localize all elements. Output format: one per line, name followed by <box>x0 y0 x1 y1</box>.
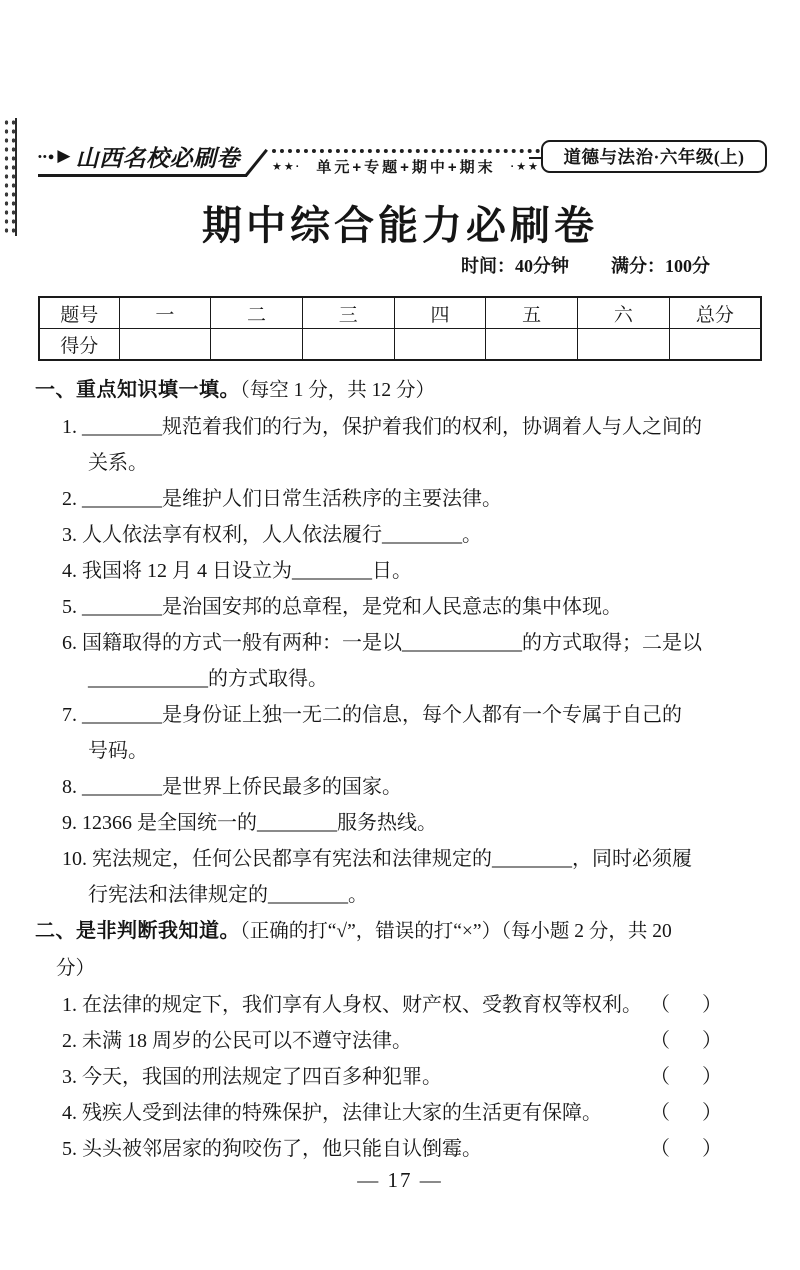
score-table: 题号 一 二 三 四 五 六 总分 得分 <box>38 296 762 361</box>
question-6: 6. 国籍取得的方式一般有两种：一是以____________的方式取得；二是以… <box>35 625 770 697</box>
question-5: 5. ________是治国安邦的总章程，是党和人民意志的集中体现。 <box>62 589 770 625</box>
logo-text: 山西名校必刷卷 <box>75 140 240 173</box>
question-10-line-2: 行宪法和法律规定的________。 <box>88 877 770 913</box>
tf-question-2-text: 2. 未满 18 周岁的公民可以不遵守法律。 <box>62 1023 412 1059</box>
tf-question-2: 2. 未满 18 周岁的公民可以不遵守法律。 （ ） <box>62 1023 770 1059</box>
brand-logo: ••● ▶ 山西名校必刷卷 <box>38 138 247 177</box>
question-7-line-1: 7. ________是身份证上独一无二的信息，每个人都有一个专属于自己的 <box>62 697 770 733</box>
section-2-heading: 二、是非判断我知道。（正确的打“√”，错误的打“×”）（每小题 2 分，共 20 <box>35 913 770 950</box>
score-blank-cell <box>578 329 670 361</box>
exam-meta: 时间：40分钟满分：100分 <box>461 252 710 278</box>
question-7-line-2: 号码。 <box>88 733 770 769</box>
score-table-cell-5: 五 <box>486 297 578 329</box>
question-4: 4. 我国将 12 月 4 日设立为________日。 <box>62 553 770 589</box>
full-score-label: 满分：100分 <box>611 256 710 276</box>
tf-question-1-text: 1. 在法律的规定下，我们享有人身权、财产权、受教育权等权利。 <box>62 987 642 1023</box>
score-blank-cell <box>669 329 761 361</box>
banner-series-text: 单元+专题+期中+期末 <box>316 156 495 177</box>
logo-dots-icon: ••● <box>38 151 55 163</box>
exam-body: 一、重点知识填一填。（每空 1 分，共 12 分） 1. ________规范着… <box>35 372 770 1167</box>
score-blank-cell <box>394 329 486 361</box>
question-1-line-2: 关系。 <box>88 445 770 481</box>
section-1-heading-title: 一、重点知识填一填。 <box>35 379 240 401</box>
tf-answer-parens: （ ） <box>650 1095 728 1131</box>
question-6-line-2: ____________的方式取得。 <box>88 661 770 697</box>
banner-stars-right: ·★★ <box>511 160 540 173</box>
section-2-heading-note: （正确的打“√”，错误的打“×”）（每小题 2 分，共 20 <box>240 921 672 942</box>
score-table-header-row: 题号 一 二 三 四 五 六 总分 <box>39 297 761 329</box>
question-8: 8. ________是世界上侨民最多的国家。 <box>62 769 770 805</box>
score-blank-cell <box>486 329 578 361</box>
section-2-heading-note-wrap: 分） <box>56 950 770 987</box>
banner-dotted-line <box>272 149 540 153</box>
score-blank-cell <box>119 329 211 361</box>
edition-badge: 道德与法治·六年级(上) <box>541 140 767 173</box>
section-1-heading: 一、重点知识填一填。（每空 1 分，共 12 分） <box>35 372 770 409</box>
score-row-label: 得分 <box>39 329 119 361</box>
logo-arrow-icon: ▶ <box>57 146 70 166</box>
score-table-score-row: 得分 <box>39 329 761 361</box>
tf-question-5-text: 5. 头头被邻居家的狗咬伤了，他只能自认倒霉。 <box>62 1131 482 1167</box>
score-table-cell-label: 题号 <box>39 297 119 329</box>
section-2-heading-title: 二、是非判断我知道。 <box>35 920 240 942</box>
header: ••● ▶ 山西名校必刷卷 ★★· 单元+专题+期中+期末 ·★★ 道德与法治·… <box>38 138 765 192</box>
exam-title: 期中综合能力必刷卷 <box>0 194 800 251</box>
question-2: 2. ________是维护人们日常生活秩序的主要法律。 <box>62 481 770 517</box>
time-label: 时间：40分钟 <box>461 256 569 276</box>
score-table-cell-2: 二 <box>211 297 303 329</box>
score-table-cell-total: 总分 <box>669 297 761 329</box>
score-blank-cell <box>211 329 303 361</box>
page-number: — 17 — <box>0 1168 800 1193</box>
score-table-cell-4: 四 <box>394 297 486 329</box>
score-table-cell-1: 一 <box>119 297 211 329</box>
tf-question-3-text: 3. 今天，我国的刑法规定了四百多种犯罪。 <box>62 1059 442 1095</box>
question-1-line-1: 1. ________规范着我们的行为，保护着我们的权利，协调着人与人之间的 <box>62 409 770 445</box>
banner-stars-left: ★★· <box>272 160 301 173</box>
exam-paper-page: ••● ▶ 山西名校必刷卷 ★★· 单元+专题+期中+期末 ·★★ 道德与法治·… <box>0 0 800 1270</box>
logo-divider-diagonal <box>245 149 268 177</box>
tf-answer-parens: （ ） <box>650 1023 728 1059</box>
question-9: 9. 12366 是全国统一的________服务热线。 <box>62 805 770 841</box>
series-banner: ★★· 单元+专题+期中+期末 ·★★ <box>272 149 540 177</box>
question-1: 1. ________规范着我们的行为，保护着我们的权利，协调着人与人之间的 关… <box>35 409 770 481</box>
tf-answer-parens: （ ） <box>650 1059 728 1095</box>
question-10: 10. 宪法规定，任何公民都享有宪法和法律规定的________，同时必须履 行… <box>35 841 770 913</box>
score-blank-cell <box>302 329 394 361</box>
tf-answer-parens: （ ） <box>650 1131 728 1167</box>
section-2-heading-note-2: 分） <box>56 958 95 979</box>
score-table-cell-3: 三 <box>302 297 394 329</box>
question-6-line-1: 6. 国籍取得的方式一般有两种：一是以____________的方式取得；二是以 <box>62 625 770 661</box>
tf-question-4-text: 4. 残疾人受到法律的特殊保护，法律让大家的生活更有保障。 <box>62 1095 602 1131</box>
question-7: 7. ________是身份证上独一无二的信息，每个人都有一个专属于自己的 号码… <box>35 697 770 769</box>
score-table-cell-6: 六 <box>578 297 670 329</box>
tf-question-1: 1. 在法律的规定下，我们享有人身权、财产权、受教育权等权利。 （ ） <box>62 987 770 1023</box>
tf-question-4: 4. 残疾人受到法律的特殊保护，法律让大家的生活更有保障。 （ ） <box>62 1095 770 1131</box>
tf-question-5: 5. 头头被邻居家的狗咬伤了，他只能自认倒霉。 （ ） <box>62 1131 770 1167</box>
tf-question-3: 3. 今天，我国的刑法规定了四百多种犯罪。 （ ） <box>62 1059 770 1095</box>
question-10-line-1: 10. 宪法规定，任何公民都享有宪法和法律规定的________，同时必须履 <box>62 841 770 877</box>
tf-answer-parens: （ ） <box>650 987 728 1023</box>
section-1-heading-note: （每空 1 分，共 12 分） <box>240 380 435 401</box>
question-3: 3. 人人依法享有权利，人人依法履行________。 <box>62 517 770 553</box>
